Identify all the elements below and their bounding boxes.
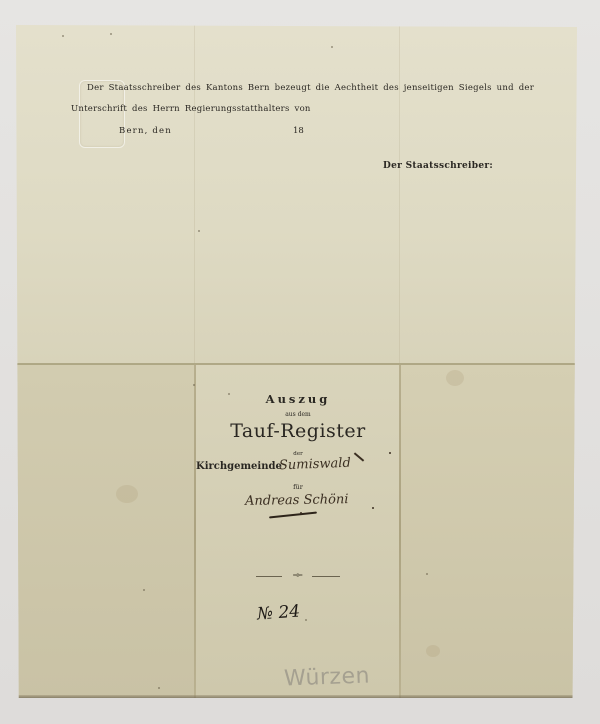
horizontal-fold-line [16, 363, 577, 365]
handwritten-register-number: № 24 [256, 602, 300, 625]
lower-left-flap [16, 364, 195, 698]
paper-speck [228, 393, 230, 395]
ornament-divider: =⊗= [240, 573, 357, 579]
paper-speck [426, 573, 428, 575]
attestation-line-2: Unterschrift des Herrn Regierungsstattha… [71, 104, 311, 114]
pencil-annotation: Würzen [284, 664, 371, 692]
ink-dot [372, 507, 374, 509]
connector-der: der [196, 451, 400, 457]
signer-label: Der Staatsschreiber: [383, 161, 493, 171]
handwritten-parish: Sumiswald [279, 456, 351, 473]
ink-dot [389, 452, 391, 454]
connector-fuer: für [196, 483, 400, 491]
connector-aus-dem: aus dem [196, 411, 400, 418]
paper-speck [193, 384, 195, 386]
paper-stain [116, 485, 138, 503]
paper-stain [426, 645, 440, 657]
paper-speck [158, 687, 160, 689]
faint-upper-fold-right [399, 25, 400, 363]
title-tauf-register: Tauf-Register [196, 420, 400, 442]
worn-bottom-edge [16, 695, 577, 698]
faint-upper-fold-left [194, 25, 195, 363]
ornament-line-right [312, 576, 340, 577]
paper-speck [305, 619, 307, 621]
place-date-label: Bern, den [119, 126, 172, 136]
title-auszug: Auszug [196, 392, 400, 406]
parish-label: Kirchgemeinde [196, 461, 282, 472]
paper-speck [62, 35, 64, 37]
ornament-line-left [256, 576, 282, 577]
paper-speck [143, 589, 145, 591]
ink-dot [300, 512, 302, 514]
attestation-line-1: Der Staatsschreiber des Kantons Bern bez… [87, 83, 534, 93]
upper-panel [16, 25, 577, 364]
handwritten-person-name: Andreas Schöni [245, 492, 349, 509]
ornament-center: =⊗= [283, 572, 312, 579]
paper-speck [331, 46, 333, 48]
paper-speck [198, 230, 200, 232]
paper-speck [110, 33, 112, 35]
year-prefix: 18 [293, 126, 304, 136]
document-sheet: Der Staatsschreiber des Kantons Bern bez… [16, 25, 577, 698]
paper-stain [446, 370, 464, 386]
